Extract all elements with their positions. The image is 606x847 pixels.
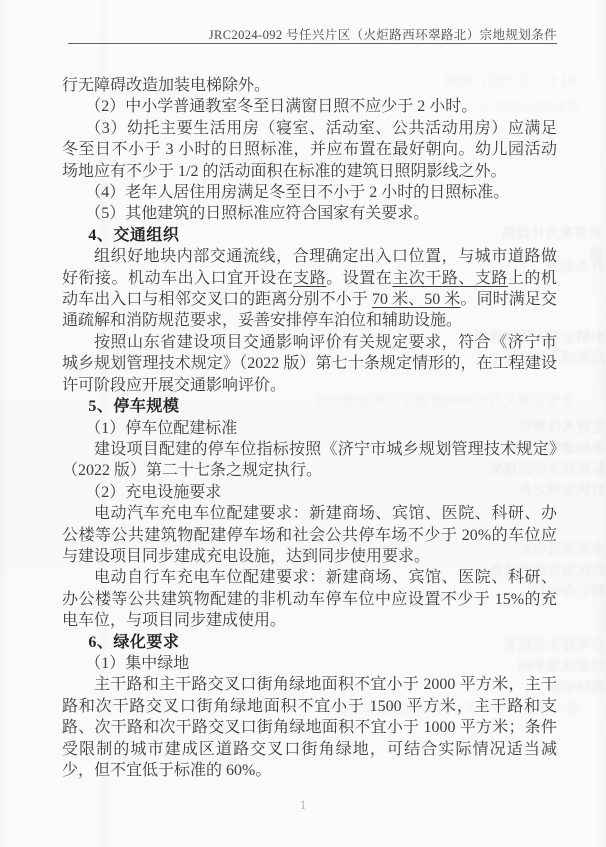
paragraph-green-space-body: 主干路和主干路交叉口街角绿地面积不宜小于 2000 平方米，主干路和次干路交叉口… (62, 674, 557, 781)
section-heading-traffic: 4、交通组织 (62, 225, 557, 246)
underlined-text: 70 米、50 米 (372, 291, 461, 308)
document-body: 行无障碍改造加装电梯除外。 （2）中小学普通教室冬至日满窗日照不应少于 2 小时… (62, 75, 557, 781)
page-number: 1 (0, 798, 606, 813)
paragraph-traffic-impact: 按照山东省建设项目交通影响评价有关规定要求，符合《济宁市城乡规划管理技术规定》（… (62, 332, 557, 396)
underlined-text: 支路 (293, 270, 326, 287)
paragraph-traffic-rules: 组织好地块内部交通流线，合理确定出入口位置，与城市道路做好衔接。机动车出入口宜开… (62, 246, 557, 332)
paragraph-continuation: 行无障碍改造加装电梯除外。 (62, 75, 557, 96)
paragraph-sunlight-item-3: （3）幼托主要生活用房（寝室、活动室、公共活动用房）应满足冬至日不小于 3 小时… (62, 118, 557, 182)
paragraph-charging-title: （2）充电设施要求 (62, 482, 557, 503)
header-title: JRC2024-092 号任兴片区（火炬路西环翠路北）宗地规划条件 (209, 25, 557, 43)
section-heading-greening: 6、绿化要求 (62, 632, 557, 653)
section-heading-parking: 5、停车规模 (62, 396, 557, 417)
header-rule (68, 43, 557, 44)
paragraph-green-space-title: （1）集中绿地 (62, 653, 557, 674)
scanned-document-page: 时小于少不照日窗满 准标照日的时小 求要案方计设筑建 件条划规、三 形情定规术技… (0, 0, 606, 847)
paragraph-sunlight-item-5: （5）其他建筑的日照标准应符合国家有关要求。 (62, 203, 557, 224)
paragraph-sunlight-item-2: （2）中小学普通教室冬至日满窗日照不应少于 2 小时。 (62, 96, 557, 117)
paragraph-parking-std-title: （1）停车位配建标准 (62, 418, 557, 439)
paragraph-sunlight-item-4: （4）老年人居住用房满足冬至日不小于 2 小时的日照标准。 (62, 182, 557, 203)
paragraph-ebike-charging: 电动自行车充电车位配建要求：新建商场、宾馆、医院、科研、办公楼等公共建筑物配建的… (62, 567, 557, 631)
paragraph-parking-std-body: 建设项目配建的停车位指标按照《济宁市城乡规划管理技术规定》（2022 版）第二十… (62, 439, 557, 482)
underlined-text: 主次干路、支路 (392, 270, 508, 287)
text-segment: 。设置在 (326, 270, 392, 287)
paragraph-ev-charging: 电动汽车充电车位配建要求：新建商场、宾馆、医院、科研、办公楼等公共建筑物配建停车… (62, 503, 557, 567)
